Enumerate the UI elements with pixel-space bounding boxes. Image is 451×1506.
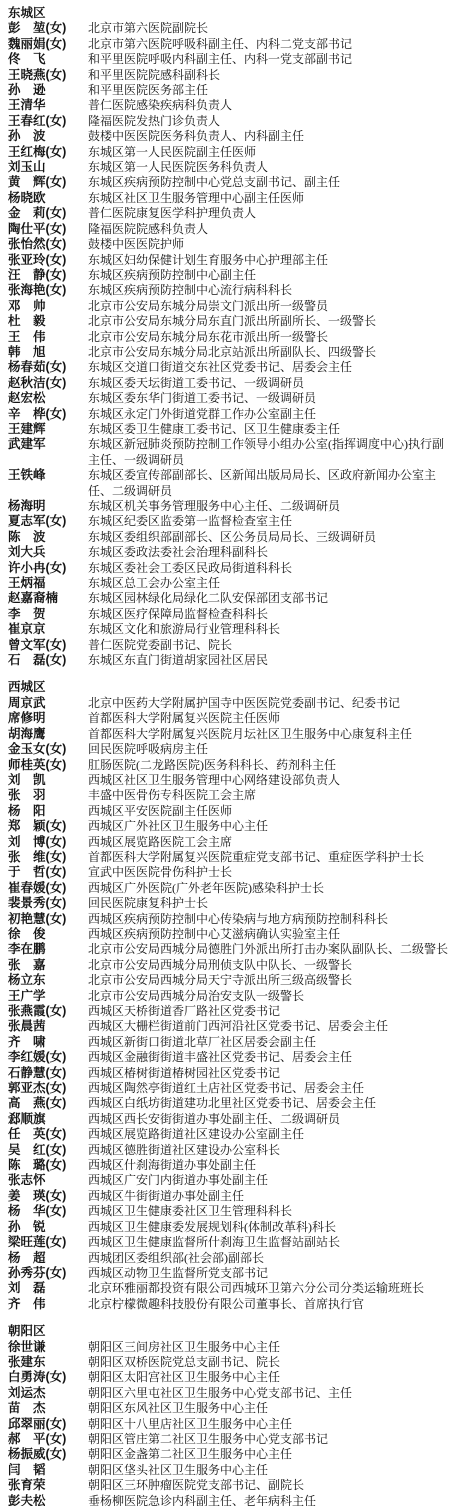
person-role: 和平里医院呼吸内科副主任、内科一党支部副书记: [88, 52, 449, 67]
person-name: 李红媛(女): [8, 1050, 88, 1065]
person-name: 吴 红(女): [8, 1143, 88, 1158]
person-name: 王晓燕(女): [8, 68, 88, 83]
person-role: 东城区社区卫生服务管理中心副主任医师: [88, 191, 449, 206]
person-role: 东城区第一人民医院医务科负责人: [88, 160, 449, 175]
entry-row: 裴景秀(女) 回民医院康复科护士长: [8, 896, 449, 911]
person-role: 北京市公安局东城分局东直门派出所副所长、一级警长: [88, 314, 449, 329]
entry-row: 姜 瑛(女) 西城区牛街街道办事处副主任: [8, 1189, 449, 1204]
entry-row: 王广学 北京市公安局西城分局治安支队一级警长: [8, 989, 449, 1004]
person-role: 北京市公安局东城分局北京站派出所副队长、四级警长: [88, 345, 449, 360]
person-name: 闫 韬: [8, 1463, 88, 1478]
person-role: 西城区疾病预防控制中心艾滋病确认实验室主任: [88, 927, 449, 942]
person-name: 魏丽娟(女): [8, 37, 88, 52]
entry-row: 郑 颖(女) 西城区广外社区卫生服务中心主任: [8, 819, 449, 834]
person-name: 姜 瑛(女): [8, 1189, 88, 1204]
entry-row: 刘 凯 西城区社区卫生服务管理中心网络建设部负责人: [8, 773, 449, 788]
person-role: 东城区东直门街道胡家园社区居民: [88, 653, 449, 668]
person-name: 邓 帅: [8, 299, 88, 314]
person-name: 石 磊(女): [8, 653, 88, 668]
entry-row: 任 英(女) 西城区展览路街道社区建设办公室副主任: [8, 1127, 449, 1142]
person-name: 刘 博(女): [8, 835, 88, 850]
entry-row: 杨立东 北京市公安局西城分局天宁寺派出所三级高级警长: [8, 973, 449, 988]
person-name: 裴景秀(女): [8, 896, 88, 911]
entry-row: 彭 堃(女) 北京市第六医院副院长: [8, 21, 449, 36]
person-name: 杨海明: [8, 499, 88, 514]
entry-row: 石 磊(女) 东城区东直门街道胡家园社区居民: [8, 653, 449, 668]
entry-row: 许小冉(女) 东城区委社会工委区民政局街道科科长: [8, 561, 449, 576]
section-entries: 彭 堃(女) 北京市第六医院副院长 魏丽娟(女) 北京市第六医院呼吸科副主任、内…: [8, 21, 449, 668]
person-role: 西城区白纸坊街道建功北里社区党委书记、居委会主任: [88, 1096, 449, 1111]
entry-row: 李红媛(女) 西城区金融街街道丰盛社区党委书记、居委会主任: [8, 1050, 449, 1065]
person-role: 和平里医院医务部主任: [88, 83, 449, 98]
person-role: 隆福医院发热门诊负责人: [88, 114, 449, 129]
entry-row: 王 伟 北京市公安局东城分局东花市派出所一级警长: [8, 330, 449, 345]
person-role: 东城区文化和旅游局行业管理科科长: [88, 622, 449, 637]
entry-row: 于 哲(女) 宣武中医医院骨伤科护士长: [8, 865, 449, 880]
person-role: 普仁医院感染疾病科负责人: [88, 98, 449, 113]
entry-row: 张海艳(女) 东城区疾病预防控制中心流行病科科长: [8, 283, 449, 298]
person-role: 朝阳区十八里店社区卫生服务中心主任: [88, 1417, 449, 1432]
entry-row: 王铁峰 东城区委宣传部副部长、区新闻出版局局长、区政府新闻办公室主任、二级调研员: [8, 468, 449, 499]
person-role: 朝阳区管庄第二社区卫生服务中心党支部书记: [88, 1432, 449, 1447]
entry-row: 孙 波 鼓楼中医医院医务科负责人、内科副主任: [8, 129, 449, 144]
person-name: 孙秀芬(女): [8, 1266, 88, 1281]
entry-row: 徐 俊 西城区疾病预防控制中心艾滋病确认实验室主任: [8, 927, 449, 942]
person-role: 鼓楼中医医院医务科负责人、内科副主任: [88, 129, 449, 144]
person-name: 杨 华(女): [8, 1204, 88, 1219]
entry-row: 邓 帅 北京市公安局东城分局崇文门派出所一级警员: [8, 299, 449, 314]
person-name: 张志怀: [8, 1173, 88, 1188]
person-name: 刘大兵: [8, 545, 88, 560]
entry-row: 闫 韬 朝阳区垡头社区卫生服务中心主任: [8, 1463, 449, 1478]
person-name: 刘玉山: [8, 160, 88, 175]
person-role: 西城区卫生健康委发展规划科(体制改革科)科长: [88, 1220, 449, 1235]
person-role: 朝阳区东风社区卫生服务中心主任: [88, 1401, 449, 1416]
person-role: 东城区新冠肺炎预防控制工作领导小组办公室(指挥调度中心)执行副主任、一级调研员: [88, 437, 449, 468]
person-role: 西城区广外医院(广外老年医院)感染科护士长: [88, 881, 449, 896]
person-name: 郝 平(女): [8, 1432, 88, 1447]
person-role: 首都医科大学附属复兴医院主任医师: [88, 711, 449, 726]
person-name: 徐 俊: [8, 927, 88, 942]
person-role: 东城区机关事务管理服务中心主任、二级调研员: [88, 499, 449, 514]
person-role: 鼓楼中医医院护师: [88, 237, 449, 252]
entry-row: 曾文军(女) 普仁医院党委副书记、院长: [8, 638, 449, 653]
entry-row: 黄 辉(女) 东城区疾病预防控制中心党总支副书记、副主任: [8, 175, 449, 190]
entry-row: 赵秋洁(女) 东城区委天坛街道工委书记、一级调研员: [8, 376, 449, 391]
person-role: 西城区德胜街道社区建设办公室科长: [88, 1143, 449, 1158]
entry-row: 张 维(女) 首都医科大学附属复兴医院重症党支部书记、重症医学科护士长: [8, 850, 449, 865]
entry-row: 白勇涛(女) 朝阳区太阳宫社区卫生服务中心主任: [8, 1370, 449, 1385]
section-title: 西城区: [8, 680, 449, 695]
entry-row: 周京武 北京中医药大学附属护国寺中医医院党委副书记、纪委书记: [8, 696, 449, 711]
person-name: 辛 桦(女): [8, 407, 88, 422]
person-name: 郭亚杰(女): [8, 1081, 88, 1096]
entry-row: 张燕霞(女) 西城区天桥街道香厂路社区党委书记: [8, 1004, 449, 1019]
entry-row: 杨海明 东城区机关事务管理服务中心主任、二级调研员: [8, 499, 449, 514]
person-name: 郑 颖(女): [8, 819, 88, 834]
person-role: 肛肠医院(二龙路医院)医务科科长、药剂科主任: [88, 758, 449, 773]
person-role: 东城区疾病预防控制中心副主任: [88, 268, 449, 283]
person-name: 张 羽: [8, 788, 88, 803]
entry-row: 杨 超 西城团区委组织部(社会部)副部长: [8, 1251, 449, 1266]
entry-row: 王建辉 东城区委卫生健康工委书记、区卫生健康委主任: [8, 422, 449, 437]
person-role: 北京市公安局西城分局天宁寺派出所三级高级警长: [88, 973, 449, 988]
entry-row: 席修明 首都医科大学附属复兴医院主任医师: [8, 711, 449, 726]
entry-row: 杨振威(女) 朝阳区金盏第二社区卫生服务中心主任: [8, 1447, 449, 1462]
person-role: 回民医院康复科护士长: [88, 896, 449, 911]
person-role: 朝阳区垡头社区卫生服务中心主任: [88, 1463, 449, 1478]
entry-row: 陈 波 东城区委组织部副部长、区公务员局局长、三级调研员: [8, 530, 449, 545]
person-name: 高 燕(女): [8, 1096, 88, 1111]
person-name: 王清华: [8, 98, 88, 113]
person-role: 西城区大栅栏街道前门西河沿社区党委书记、居委会主任: [88, 1019, 449, 1034]
person-name: 赵嘉裔楠: [8, 591, 88, 606]
person-name: 夏志军(女): [8, 514, 88, 529]
entry-row: 辛 桦(女) 东城区永定门外街道党群工作办公室副主任: [8, 407, 449, 422]
person-name: 韩 旭: [8, 345, 88, 360]
person-role: 西城区动物卫生监督所党支部书记: [88, 1266, 449, 1281]
entry-row: 孙 锐 西城区卫生健康委发展规划科(体制改革科)科长: [8, 1220, 449, 1235]
person-role: 东城区永定门外街道党群工作办公室副主任: [88, 407, 449, 422]
person-name: 杨春茹(女): [8, 360, 88, 375]
person-name: 金玉女(女): [8, 742, 88, 757]
entry-row: 刘 博(女) 西城区展览路医院工会主席: [8, 835, 449, 850]
entry-row: 胡海鹰 首都医科大学附属复兴医院月坛社区卫生服务中心康复科主任: [8, 727, 449, 742]
person-role: 西城区牛街街道办事处副主任: [88, 1189, 449, 1204]
commendation-list-page: 东城区 彭 堃(女) 北京市第六医院副院长 魏丽娟(女) 北京市第六医院呼吸科副…: [0, 0, 451, 1506]
person-role: 西城区椿树街道椿树园社区党委书记: [88, 1066, 449, 1081]
person-role: 北京市公安局西城分局刑侦支队中队长、一级警长: [88, 958, 449, 973]
entry-row: 吴 红(女) 西城区德胜街道社区建设办公室科长: [8, 1143, 449, 1158]
person-role: 西城区社区卫生服务管理中心网络建设部负责人: [88, 773, 449, 788]
person-role: 东城区总工会办公室主任: [88, 576, 449, 591]
person-name: 张晨茜: [8, 1019, 88, 1034]
person-name: 刘运杰: [8, 1386, 88, 1401]
person-name: 王红梅(女): [8, 145, 88, 160]
entry-row: 杨晓欧 东城区社区卫生服务管理中心副主任医师: [8, 191, 449, 206]
person-name: 孙 逊: [8, 83, 88, 98]
person-role: 西城区陶然亭街道红土店社区党委书记、居委会主任: [88, 1081, 449, 1096]
person-name: 黄 辉(女): [8, 175, 88, 190]
person-role: 东城区医疗保障局监督检查科科长: [88, 607, 449, 622]
person-role: 东城区纪委区监委第一监督检查室主任: [88, 514, 449, 529]
entry-row: 郄顺旗 西城区西长安街街道办事处副主任、二级调研员: [8, 1112, 449, 1127]
entry-row: 汪 静(女) 东城区疾病预防控制中心副主任: [8, 268, 449, 283]
section-title: 东城区: [8, 6, 449, 21]
person-role: 东城区委政法委社会治理科副科长: [88, 545, 449, 560]
entry-row: 张育荣 朝阳区三环肿瘤医院党支部书记、副院长: [8, 1478, 449, 1493]
person-role: 垂杨柳医院急诊内科副主任、老年病科主任: [88, 1494, 449, 1506]
person-name: 杨晓欧: [8, 191, 88, 206]
entry-row: 王红梅(女) 东城区第一人民医院副主任医师: [8, 145, 449, 160]
person-name: 崔春媛(女): [8, 881, 88, 896]
district-section: 东城区 彭 堃(女) 北京市第六医院副院长 魏丽娟(女) 北京市第六医院呼吸科副…: [8, 6, 449, 668]
entry-row: 王春红(女) 隆福医院发热门诊负责人: [8, 114, 449, 129]
person-name: 彭夫松: [8, 1494, 88, 1506]
entry-row: 高 燕(女) 西城区白纸坊街道建功北里社区党委书记、居委会主任: [8, 1096, 449, 1111]
person-role: 北京市公安局西城分局德胜门外派出所打击办案队副队长、二级警长: [88, 942, 449, 957]
person-role: 西城区什刹海街道办事处副主任: [88, 1158, 449, 1173]
person-role: 西城区新街口街道北草厂社区居委会副主任: [88, 1035, 449, 1050]
person-name: 杨振威(女): [8, 1447, 88, 1462]
entry-row: 郝 平(女) 朝阳区管庄第二社区卫生服务中心党支部书记: [8, 1432, 449, 1447]
person-name: 邱翠丽(女): [8, 1417, 88, 1432]
person-name: 刘 凯: [8, 773, 88, 788]
person-role: 朝阳区三环肿瘤医院党支部书记、副院长: [88, 1478, 449, 1493]
entry-row: 孙秀芬(女) 西城区动物卫生监督所党支部书记: [8, 1266, 449, 1281]
entry-row: 陈 璐(女) 西城区什刹海街道办事处副主任: [8, 1158, 449, 1173]
person-name: 张 维(女): [8, 850, 88, 865]
entry-row: 师桂英(女) 肛肠医院(二龙路医院)医务科科长、药剂科主任: [8, 758, 449, 773]
entry-row: 崔春媛(女) 西城区广外医院(广外老年医院)感染科护士长: [8, 881, 449, 896]
person-role: 北京环雅丽都投资有限公司西城环卫第六分公司分类运输班班长: [88, 1281, 449, 1296]
person-role: 东城区妇幼保健计划生育服务中心护理部主任: [88, 253, 449, 268]
person-name: 佟 飞: [8, 52, 88, 67]
person-role: 北京市公安局东城分局东花市派出所一级警长: [88, 330, 449, 345]
person-role: 东城区交道口街道交东社区党委书记、居委会主任: [88, 360, 449, 375]
person-role: 西城区广安门内街道办事处副主任: [88, 1173, 449, 1188]
entry-row: 杨春茹(女) 东城区交道口街道交东社区党委书记、居委会主任: [8, 360, 449, 375]
person-name: 苗 杰: [8, 1401, 88, 1416]
person-role: 朝阳区太阳宫社区卫生服务中心主任: [88, 1370, 449, 1385]
person-name: 齐 啸: [8, 1035, 88, 1050]
entry-row: 孙 逊 和平里医院医务部主任: [8, 83, 449, 98]
entry-row: 崔京京 东城区文化和旅游局行业管理科科长: [8, 622, 449, 637]
person-name: 张怡然(女): [8, 237, 88, 252]
person-role: 首都医科大学附属复兴医院重症党支部书记、重症医学科护士长: [88, 850, 449, 865]
person-name: 李 贺: [8, 607, 88, 622]
person-role: 西城区金融街街道丰盛社区党委书记、居委会主任: [88, 1050, 449, 1065]
person-name: 郄顺旗: [8, 1112, 88, 1127]
person-role: 东城区委组织部副部长、区公务员局局长、三级调研员: [88, 530, 449, 545]
person-role: 北京市公安局东城分局崇文门派出所一级警员: [88, 299, 449, 314]
person-name: 张建东: [8, 1355, 88, 1370]
person-role: 北京柠檬微趣科技股份有限公司董事长、首席执行官: [88, 1297, 449, 1312]
person-name: 杨立东: [8, 973, 88, 988]
entry-row: 王炳福 东城区总工会办公室主任: [8, 576, 449, 591]
entry-row: 苗 杰 朝阳区东风社区卫生服务中心主任: [8, 1401, 449, 1416]
person-name: 初艳慧(女): [8, 912, 88, 927]
entry-row: 杨 阳 西城区平安医院副主任医师: [8, 804, 449, 819]
entry-row: 初艳慧(女) 西城区疾病预防控制中心传染病与地方病预防控制科科长: [8, 912, 449, 927]
person-role: 朝阳区六里屯社区卫生服务中心党支部书记、主任: [88, 1386, 449, 1401]
person-name: 齐 伟: [8, 1297, 88, 1312]
person-role: 首都医科大学附属复兴医院月坛社区卫生服务中心康复科主任: [88, 727, 449, 742]
entry-row: 齐 啸 西城区新街口街道北草厂社区居委会副主任: [8, 1035, 449, 1050]
person-name: 张育荣: [8, 1478, 88, 1493]
entry-row: 刘大兵 东城区委政法委社会治理科副科长: [8, 545, 449, 560]
person-role: 东城区疾病预防控制中心流行病科科长: [88, 283, 449, 298]
person-role: 和平里医院院感科副科长: [88, 68, 449, 83]
person-name: 许小冉(女): [8, 561, 88, 576]
entry-row: 李在鹏 北京市公安局西城分局德胜门外派出所打击办案队副队长、二级警长: [8, 942, 449, 957]
person-name: 王春红(女): [8, 114, 88, 129]
person-role: 隆福医院院感科负责人: [88, 222, 449, 237]
person-role: 东城区疾病预防控制中心党总支副书记、副主任: [88, 175, 449, 190]
person-name: 王广学: [8, 989, 88, 1004]
person-name: 张亚玲(女): [8, 253, 88, 268]
person-role: 东城区委天坛街道工委书记、一级调研员: [88, 376, 449, 391]
person-role: 普仁医院康复医学科护理负责人: [88, 206, 449, 221]
person-role: 东城区委宣传部副部长、区新闻出版局局长、区政府新闻办公室主任、二级调研员: [88, 468, 449, 499]
entry-row: 邱翠丽(女) 朝阳区十八里店社区卫生服务中心主任: [8, 1417, 449, 1432]
entry-row: 郭亚杰(女) 西城区陶然亭街道红土店社区党委书记、居委会主任: [8, 1081, 449, 1096]
person-role: 西城团区委组织部(社会部)副部长: [88, 1251, 449, 1266]
person-name: 孙 波: [8, 129, 88, 144]
person-role: 西城区西长安街街道办事处副主任、二级调研员: [88, 1112, 449, 1127]
entry-row: 赵嘉裔楠 东城区园林绿化局绿化二队安保部团支部书记: [8, 591, 449, 606]
person-role: 西城区疾病预防控制中心传染病与地方病预防控制科科长: [88, 912, 449, 927]
person-name: 师桂英(女): [8, 758, 88, 773]
entry-row: 张亚玲(女) 东城区妇幼保健计划生育服务中心护理部主任: [8, 253, 449, 268]
person-name: 王炳福: [8, 576, 88, 591]
person-name: 周京武: [8, 696, 88, 711]
person-role: 西城区天桥街道香厂路社区党委书记: [88, 1004, 449, 1019]
entry-row: 张晨茜 西城区大栅栏街道前门西河沿社区党委书记、居委会主任: [8, 1019, 449, 1034]
person-name: 杨 阳: [8, 804, 88, 819]
person-name: 曾文军(女): [8, 638, 88, 653]
person-role: 东城区委东华门街道工委书记、一级调研员: [88, 391, 449, 406]
person-role: 朝阳区金盏第二社区卫生服务中心主任: [88, 1447, 449, 1462]
person-role: 北京市第六医院副院长: [88, 21, 449, 36]
entry-row: 刘玉山 东城区第一人民医院医务科负责人: [8, 160, 449, 175]
entry-row: 杜 毅 北京市公安局东城分局东直门派出所副所长、一级警长: [8, 314, 449, 329]
person-role: 丰盛中医骨伤专科医院工会主席: [88, 788, 449, 803]
entry-row: 徐世谦 朝阳区三间房社区卫生服务中心主任: [8, 1340, 449, 1355]
entry-row: 张建东 朝阳区双桥医院党总支副书记、院长: [8, 1355, 449, 1370]
entry-row: 张怡然(女) 鼓楼中医医院护师: [8, 237, 449, 252]
person-name: 金 莉(女): [8, 206, 88, 221]
person-name: 王铁峰: [8, 468, 88, 483]
person-name: 陶仕平(女): [8, 222, 88, 237]
person-role: 北京中医药大学附属护国寺中医医院党委副书记、纪委书记: [88, 696, 449, 711]
entry-row: 齐 伟 北京柠檬微趣科技股份有限公司董事长、首席执行官: [8, 1297, 449, 1312]
section-entries: 周京武 北京中医药大学附属护国寺中医医院党委副书记、纪委书记 席修明 首都医科大…: [8, 696, 449, 1312]
entry-row: 佟 飞 和平里医院呼吸内科副主任、内科一党支部副书记: [8, 52, 449, 67]
person-name: 杨 超: [8, 1251, 88, 1266]
entry-row: 张 嘉 北京市公安局西城分局刑侦支队中队长、一级警长: [8, 958, 449, 973]
person-name: 陈 波: [8, 530, 88, 545]
person-name: 王建辉: [8, 422, 88, 437]
section-title: 朝阳区: [8, 1324, 449, 1339]
person-name: 石静慧(女): [8, 1066, 88, 1081]
entry-row: 武建军 东城区新冠肺炎预防控制工作领导小组办公室(指挥调度中心)执行副主任、一级…: [8, 437, 449, 468]
person-name: 王 伟: [8, 330, 88, 345]
person-name: 陈 璐(女): [8, 1158, 88, 1173]
person-name: 孙 锐: [8, 1220, 88, 1235]
person-role: 普仁医院党委副书记、院长: [88, 638, 449, 653]
district-section: 西城区 周京武 北京中医药大学附属护国寺中医医院党委副书记、纪委书记 席修明 首…: [8, 680, 449, 1312]
entry-row: 梁旺莲(女) 西城区卫生健康监督所什刹海卫生监督站副站长: [8, 1235, 449, 1250]
person-role: 西城区卫生健康监督所什刹海卫生监督站副站长: [88, 1235, 449, 1250]
district-section: 朝阳区 徐世谦 朝阳区三间房社区卫生服务中心主任 张建东 朝阳区双桥医院党总支副…: [8, 1324, 449, 1506]
person-name: 胡海鹰: [8, 727, 88, 742]
entry-row: 张 羽 丰盛中医骨伤专科医院工会主席: [8, 788, 449, 803]
entry-row: 金 莉(女) 普仁医院康复医学科护理负责人: [8, 206, 449, 221]
person-name: 于 哲(女): [8, 865, 88, 880]
person-role: 西城区平安医院副主任医师: [88, 804, 449, 819]
person-name: 崔京京: [8, 622, 88, 637]
entry-row: 杨 华(女) 西城区卫生健康委社区卫生管理科科长: [8, 1204, 449, 1219]
entry-row: 刘 磊 北京环雅丽都投资有限公司西城环卫第六分公司分类运输班班长: [8, 1281, 449, 1296]
person-role: 北京市公安局西城分局治安支队一级警长: [88, 989, 449, 1004]
person-role: 西城区广外社区卫生服务中心主任: [88, 819, 449, 834]
person-name: 白勇涛(女): [8, 1370, 88, 1385]
person-role: 东城区园林绿化局绿化二队安保部团支部书记: [88, 591, 449, 606]
person-role: 东城区委社会工委区民政局街道科科长: [88, 561, 449, 576]
person-name: 杜 毅: [8, 314, 88, 329]
entry-row: 彭夫松 垂杨柳医院急诊内科副主任、老年病科主任: [8, 1494, 449, 1506]
entry-row: 石静慧(女) 西城区椿树街道椿树园社区党委书记: [8, 1066, 449, 1081]
entry-row: 刘运杰 朝阳区六里屯社区卫生服务中心党支部书记、主任: [8, 1386, 449, 1401]
person-role: 东城区委卫生健康工委书记、区卫生健康委主任: [88, 422, 449, 437]
person-name: 梁旺莲(女): [8, 1235, 88, 1250]
person-name: 李在鹏: [8, 942, 88, 957]
entry-row: 魏丽娟(女) 北京市第六医院呼吸科副主任、内科二党支部书记: [8, 37, 449, 52]
person-name: 赵秋洁(女): [8, 376, 88, 391]
section-entries: 徐世谦 朝阳区三间房社区卫生服务中心主任 张建东 朝阳区双桥医院党总支副书记、院…: [8, 1340, 449, 1506]
person-name: 席修明: [8, 711, 88, 726]
person-name: 赵宏松: [8, 391, 88, 406]
entry-row: 赵宏松 东城区委东华门街道工委书记、一级调研员: [8, 391, 449, 406]
district-list: 东城区 彭 堃(女) 北京市第六医院副院长 魏丽娟(女) 北京市第六医院呼吸科副…: [8, 6, 449, 1506]
person-name: 张 嘉: [8, 958, 88, 973]
entry-row: 张志怀 西城区广安门内街道办事处副主任: [8, 1173, 449, 1188]
person-name: 徐世谦: [8, 1340, 88, 1355]
person-role: 朝阳区三间房社区卫生服务中心主任: [88, 1340, 449, 1355]
person-name: 汪 静(女): [8, 268, 88, 283]
person-name: 任 英(女): [8, 1127, 88, 1142]
person-role: 回民医院呼吸病房主任: [88, 742, 449, 757]
entry-row: 李 贺 东城区医疗保障局监督检查科科长: [8, 607, 449, 622]
person-role: 东城区第一人民医院副主任医师: [88, 145, 449, 160]
person-role: 宣武中医医院骨伤科护士长: [88, 865, 449, 880]
person-name: 刘 磊: [8, 1281, 88, 1296]
person-name: 武建军: [8, 437, 88, 452]
entry-row: 夏志军(女) 东城区纪委区监委第一监督检查室主任: [8, 514, 449, 529]
person-role: 北京市第六医院呼吸科副主任、内科二党支部书记: [88, 37, 449, 52]
person-role: 西城区展览路街道社区建设办公室副主任: [88, 1127, 449, 1142]
entry-row: 王晓燕(女) 和平里医院院感科副科长: [8, 68, 449, 83]
entry-row: 陶仕平(女) 隆福医院院感科负责人: [8, 222, 449, 237]
entry-row: 韩 旭 北京市公安局东城分局北京站派出所副队长、四级警长: [8, 345, 449, 360]
person-role: 西城区展览路医院工会主席: [88, 835, 449, 850]
person-name: 张燕霞(女): [8, 1004, 88, 1019]
entry-row: 王清华 普仁医院感染疾病科负责人: [8, 98, 449, 113]
person-role: 西城区卫生健康委社区卫生管理科科长: [88, 1204, 449, 1219]
entry-row: 金玉女(女) 回民医院呼吸病房主任: [8, 742, 449, 757]
person-name: 张海艳(女): [8, 283, 88, 298]
person-name: 彭 堃(女): [8, 21, 88, 36]
person-role: 朝阳区双桥医院党总支副书记、院长: [88, 1355, 449, 1370]
